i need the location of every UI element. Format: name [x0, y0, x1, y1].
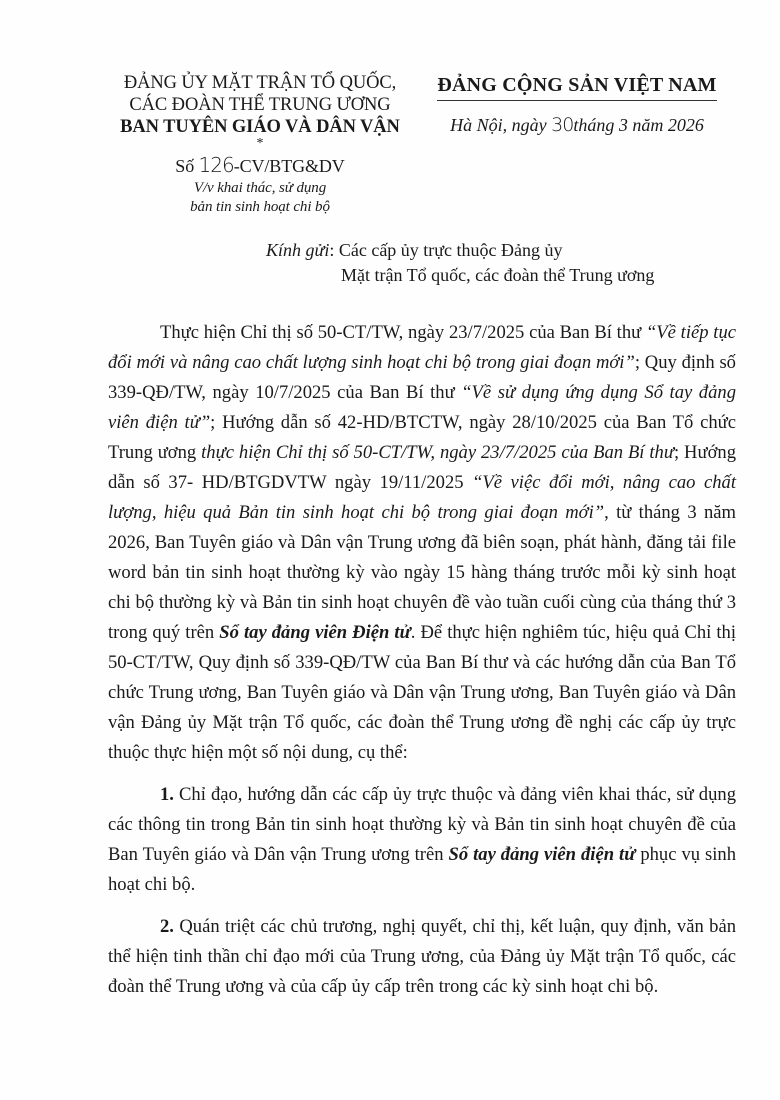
item-number: 1. [160, 784, 174, 805]
party-header-block: ĐẢNG CỘNG SẢN VIỆT NAM Hà Nội, ngày 30th… [432, 73, 722, 137]
doc-number-prefix: Số [175, 156, 198, 176]
recipient-line-1: Các cấp ủy trực thuộc Đảng ủy [339, 240, 563, 260]
item-1-paragraph: 1. Chỉ đạo, hướng dẫn các cấp ủy trực th… [108, 780, 736, 900]
date-prefix: Hà Nội, ngày [450, 115, 551, 135]
document-page: ĐẢNG ỦY MẶT TRẬN TỔ QUỐC, CÁC ĐOÀN THỂ T… [0, 0, 780, 1100]
recipient-line-2: Mặt trận Tổ quốc, các đoàn thể Trung ươn… [266, 263, 736, 288]
recipient-block: Kính gửi: Các cấp ủy trực thuộc Đảng ủy … [266, 238, 736, 288]
department-name: BAN TUYÊN GIÁO VÀ DÂN VẬN [95, 116, 425, 138]
app-name-emphasis: Sổ tay đảng viên Điện tử [219, 622, 410, 643]
recipient-label: Kính gửi [266, 240, 329, 260]
org-line-2: CÁC ĐOÀN THỂ TRUNG ƯƠNG [95, 94, 425, 116]
date-suffix: tháng 3 năm 2026 [573, 115, 704, 135]
org-line-1: ĐẢNG ỦY MẶT TRẬN TỔ QUỐC, [95, 72, 425, 94]
separator-asterisk: * [95, 138, 425, 150]
date-day-handwritten: 30 [551, 114, 573, 136]
intro-paragraph: Thực hiện Chỉ thị số 50-CT/TW, ngày 23/7… [108, 318, 736, 768]
issuing-authority-block: ĐẢNG ỦY MẶT TRẬN TỔ QUỐC, CÁC ĐOÀN THỂ T… [95, 72, 425, 217]
item-text: Quán triệt các chủ trương, nghị quyết, c… [108, 916, 736, 997]
intro-text: . Để thực hiện nghiêm túc, hiệu quả Chỉ … [108, 622, 736, 763]
item-2-paragraph: 2. Quán triệt các chủ trương, nghị quyết… [108, 912, 736, 1002]
party-name: ĐẢNG CỘNG SẢN VIỆT NAM [437, 73, 716, 101]
intro-text: Thực hiện Chỉ thị số 50-CT/TW, ngày 23/7… [160, 322, 646, 343]
document-body: Thực hiện Chỉ thị số 50-CT/TW, ngày 23/7… [108, 318, 736, 1002]
recipient-colon: : [329, 240, 339, 260]
subject-line-2: bản tin sinh hoạt chi bộ [95, 198, 425, 217]
subject-line-1: V/v khai thác, sử dụng [95, 179, 425, 198]
item-number: 2. [160, 916, 174, 937]
document-number: Số 126-CV/BTG&DV [95, 152, 425, 179]
guideline-title: thực hiện Chỉ thị số 50-CT/TW, ngày 23/7… [201, 442, 674, 463]
doc-number-suffix: -CV/BTG&DV [234, 156, 345, 176]
app-name-emphasis: Sổ tay đảng viên điện tử [449, 844, 636, 865]
doc-number-handwritten: 126 [199, 153, 234, 177]
issue-date: Hà Nội, ngày 30tháng 3 năm 2026 [432, 113, 722, 137]
